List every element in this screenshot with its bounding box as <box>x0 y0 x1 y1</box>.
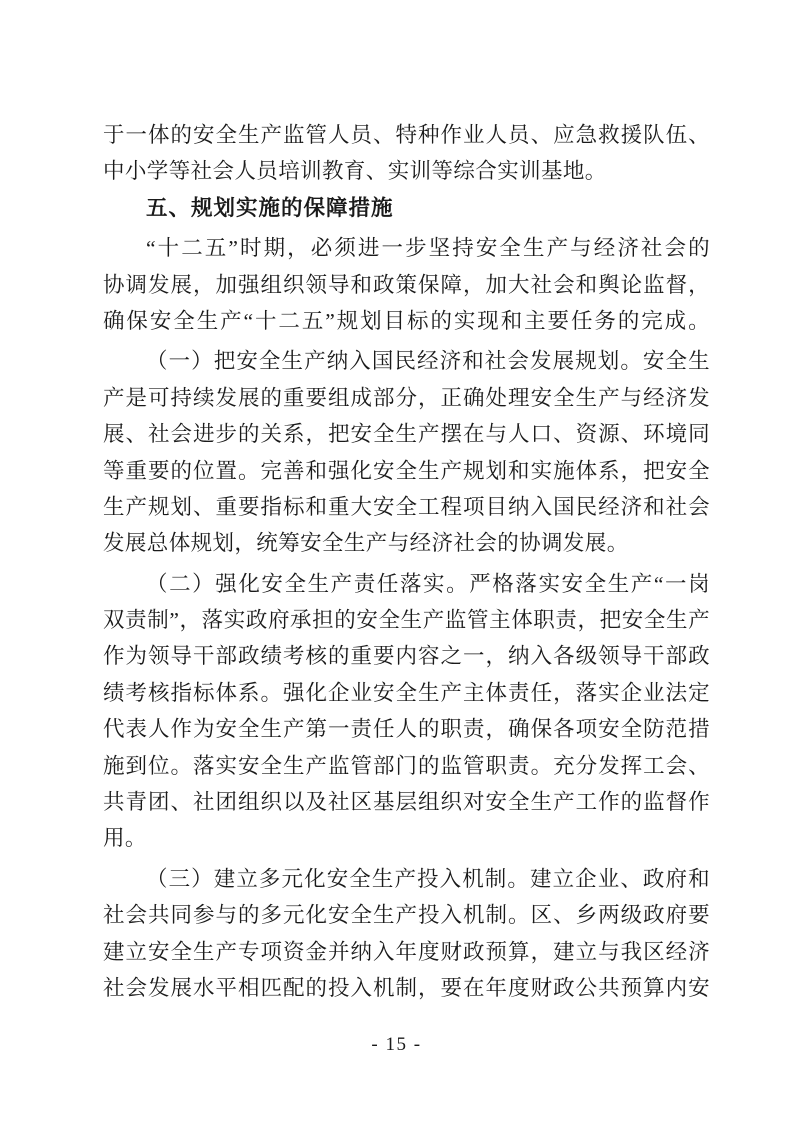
document-line: 双责制”，落实政府承担的安全生产监管主体职责，把安全生产 <box>103 602 710 638</box>
document-line: 确保安全生产“十二五”规划目标的实现和主要任务的完成。 <box>103 303 710 339</box>
document-line: （二）强化安全生产责任落实。严格落实安全生产“一岗 <box>103 566 710 602</box>
document-line: 共青团、社团组织以及社区基层组织对安全生产工作的监督作 <box>103 784 710 820</box>
document-line: 施到位。落实安全生产监管部门的监管职责。充分发挥工会、 <box>103 748 710 784</box>
document-line: “十二五”时期，必须进一步坚持安全生产与经济社会的 <box>103 230 710 266</box>
section-heading: 五、规划实施的保障措施 <box>103 190 710 226</box>
document-line: 中小学等社会人员培训教育、实训等综合实训基地。 <box>103 153 710 189</box>
document-line: 社会共同参与的多元化安全生产投入机制。区、乡两级政府要 <box>103 897 710 933</box>
document-line: 作为领导干部政绩考核的重要内容之一，纳入各级领导干部政 <box>103 638 710 674</box>
document-line: 发展总体规划，统筹安全生产与经济社会的协调发展。 <box>103 525 710 561</box>
document-line: 产是可持续发展的重要组成部分，正确处理安全生产与经济发 <box>103 380 710 416</box>
document-line: （三）建立多元化安全生产投入机制。建立企业、政府和 <box>103 861 710 897</box>
document-page: 于一体的安全生产监管人员、特种作业人员、应急救援队伍、 中小学等社会人员培训教育… <box>0 0 793 1122</box>
document-line: （一）把安全生产纳入国民经济和社会发展规划。安全生 <box>103 343 710 379</box>
document-line: 建立安全生产专项资金并纳入年度财政预算，建立与我区经济 <box>103 934 710 970</box>
document-line: 绩考核指标体系。强化企业安全生产主体责任，落实企业法定 <box>103 675 710 711</box>
page-number: - 15 - <box>0 1031 793 1058</box>
document-line: 等重要的位置。完善和强化安全生产规划和实施体系，把安全 <box>103 453 710 489</box>
document-text-column: 于一体的安全生产监管人员、特种作业人员、应急救援队伍、 中小学等社会人员培训教育… <box>103 117 710 1006</box>
document-line: 于一体的安全生产监管人员、特种作业人员、应急救援队伍、 <box>103 117 710 153</box>
document-line: 协调发展，加强组织领导和政策保障，加大社会和舆论监督， <box>103 267 710 303</box>
document-line: 社会发展水平相匹配的投入机制，要在年度财政公共预算内安 <box>103 970 710 1006</box>
document-line: 生产规划、重要指标和重大安全工程项目纳入国民经济和社会 <box>103 489 710 525</box>
document-line: 展、社会进步的关系，把安全生产摆在与人口、资源、环境同 <box>103 416 710 452</box>
document-line: 代表人作为安全生产第一责任人的职责，确保各项安全防范措 <box>103 711 710 747</box>
document-line: 用。 <box>103 820 710 856</box>
